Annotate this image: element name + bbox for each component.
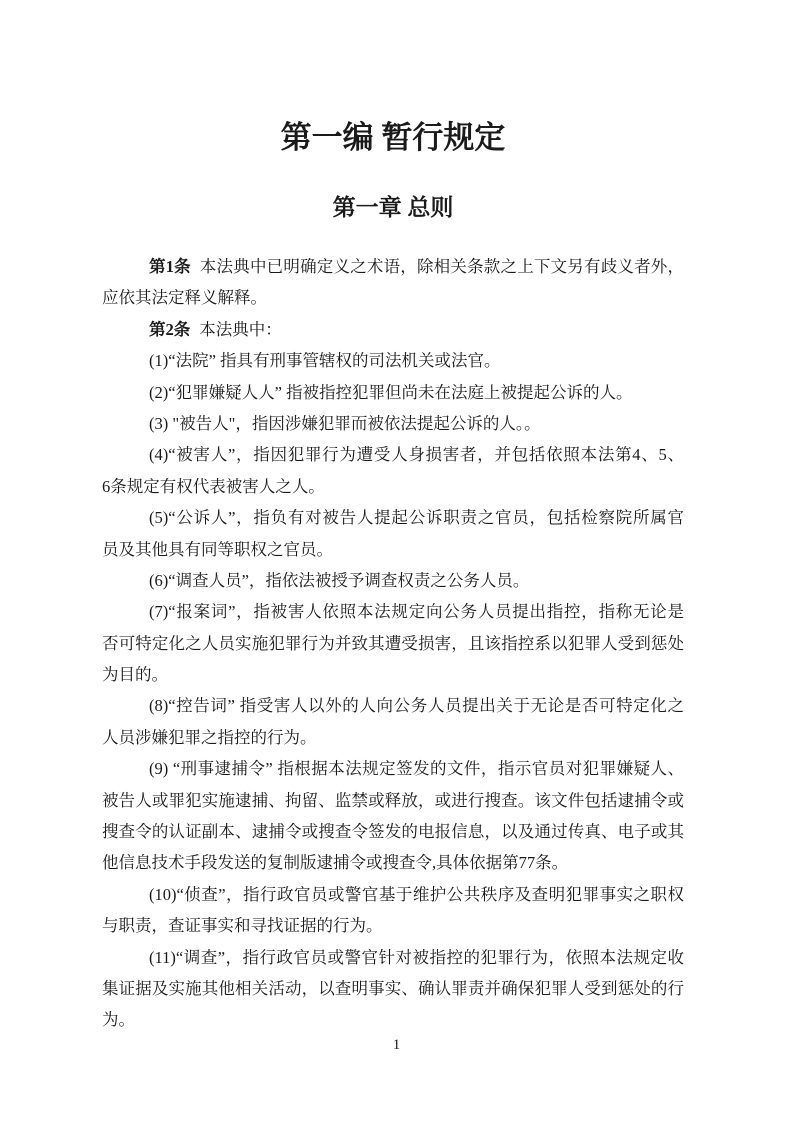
body-text: 第1条本法典中已明确定义之术语，除相关条款之上下文另有歧义者外，应依其法定释义解…	[102, 251, 684, 1036]
line-text: 被告人或罪犯实施逮捕、拘留、监禁或释放，或进行搜查。该文件包括逮捕令或	[102, 791, 684, 810]
text-line: (10)“侦查”，指行政官员或警官基于维护公共秩序及查明犯罪事实之职权	[102, 879, 684, 910]
article-label: 第2条	[149, 320, 190, 339]
document-page: 第一编 暂行规定 第一章 总则 第1条本法典中已明确定义之术语，除相关条款之上下…	[0, 0, 793, 1122]
line-text: 否可特定化之人员实施犯罪行为并致其遭受损害，且该指控系以犯罪人受到惩处	[102, 634, 684, 653]
text-line: 人员涉嫌犯罪之指控的行为。	[102, 722, 684, 753]
text-line: 员及其他具有同等职权之官员。	[102, 534, 684, 565]
line-text: (4)“被害人”，指因犯罪行为遭受人身损害者，并包括依照本法第4、5、	[149, 445, 684, 464]
text-line: 第1条本法典中已明确定义之术语，除相关条款之上下文另有歧义者外，	[102, 251, 684, 282]
text-line: 集证据及实施其他相关活动，以查明事实、确认罪责并确保犯罪人受到惩处的行	[102, 973, 684, 1004]
text-line: (11)“调查”，指行政官员或警官针对被指控的犯罪行为，依照本法规定收	[102, 942, 684, 973]
line-text: 员及其他具有同等职权之官员。	[102, 540, 333, 559]
text-line: 否可特定化之人员实施犯罪行为并致其遭受损害，且该指控系以犯罪人受到惩处	[102, 628, 684, 659]
text-line: 为目的。	[102, 659, 684, 690]
text-line: (2)“犯罪嫌疑人人” 指被指控犯罪但尚未在法庭上被提起公诉的人。	[102, 377, 684, 408]
text-line: (3) "被告人"，指因涉嫌犯罪而被依法提起公诉的人。。	[102, 408, 684, 439]
line-text: 本法典中：	[199, 320, 282, 339]
line-text: 为目的。	[102, 665, 168, 684]
text-line: (1)“法院” 指具有刑事管辖权的司法机关或法官。	[102, 345, 684, 376]
part-title: 第一编 暂行规定	[102, 119, 684, 157]
line-text: 搜查令的认证副本、逮捕令或搜查令签发的电报信息，以及通过传真、电子或其	[102, 822, 684, 841]
line-text: (11)“调查”，指行政官员或警官针对被指控的犯罪行为，依照本法规定收	[149, 948, 684, 967]
text-line: 搜查令的认证副本、逮捕令或搜查令签发的电报信息，以及通过传真、电子或其	[102, 816, 684, 847]
text-line: (9) “刑事逮捕令” 指根据本法规定签发的文件，指示官员对犯罪嫌疑人、	[102, 753, 684, 784]
text-line: (6)“调查人员”，指依法被授予调查权责之公务人员。	[102, 565, 684, 596]
line-text: (10)“侦查”，指行政官员或警官基于维护公共秩序及查明犯罪事实之职权	[149, 885, 684, 904]
line-text: (9) “刑事逮捕令” 指根据本法规定签发的文件，指示官员对犯罪嫌疑人、	[149, 759, 684, 778]
line-text: (6)“调查人员”，指依法被授予调查权责之公务人员。	[149, 571, 529, 590]
text-line: (4)“被害人”，指因犯罪行为遭受人身损害者，并包括依照本法第4、5、	[102, 439, 684, 470]
line-text: 本法典中已明确定义之术语，除相关条款之上下文另有歧义者外，	[200, 257, 684, 276]
line-text: (2)“犯罪嫌疑人人” 指被指控犯罪但尚未在法庭上被提起公诉的人。	[149, 383, 633, 402]
text-line: 应依其法定释义解释。	[102, 282, 684, 313]
line-text: 人员涉嫌犯罪之指控的行为。	[102, 728, 317, 747]
chapter-title: 第一章 总则	[102, 193, 684, 223]
line-text: 他信息技术手段发送的复制版逮捕令或搜查令,具体依据第77条。	[102, 853, 568, 872]
text-line: (8)“控告词” 指受害人以外的人向公务人员提出关于无论是否可特定化之	[102, 690, 684, 721]
text-line: 为。	[102, 1004, 684, 1035]
line-text: 为。	[102, 1010, 135, 1029]
line-text: (5)“公诉人”，指负有对被告人提起公诉职责之官员，包括检察院所属官	[149, 508, 684, 527]
line-text: (3) "被告人"，指因涉嫌犯罪而被依法提起公诉的人。。	[149, 414, 541, 433]
line-text: (7)“报案词”，指被害人依照本法规定向公务人员提出指控，指称无论是	[149, 602, 684, 621]
text-line: (7)“报案词”，指被害人依照本法规定向公务人员提出指控，指称无论是	[102, 596, 684, 627]
page-number: 1	[0, 1035, 793, 1055]
line-text: 与职责，查证事实和寻找证据的行为。	[102, 916, 383, 935]
article-label: 第1条	[149, 257, 191, 276]
line-text: 集证据及实施其他相关活动，以查明事实、确认罪责并确保犯罪人受到惩处的行	[102, 979, 684, 998]
line-text: (1)“法院” 指具有刑事管辖权的司法机关或法官。	[149, 351, 501, 370]
line-text: (8)“控告词” 指受害人以外的人向公务人员提出关于无论是否可特定化之	[149, 696, 684, 715]
text-line: 被告人或罪犯实施逮捕、拘留、监禁或释放，或进行搜查。该文件包括逮捕令或	[102, 785, 684, 816]
text-line: 第2条本法典中：	[102, 314, 684, 345]
line-text: 6条规定有权代表被害人之人。	[102, 477, 325, 496]
line-text: 应依其法定释义解释。	[102, 288, 267, 307]
text-line: 6条规定有权代表被害人之人。	[102, 471, 684, 502]
text-line: (5)“公诉人”，指负有对被告人提起公诉职责之官员，包括检察院所属官	[102, 502, 684, 533]
text-line: 与职责，查证事实和寻找证据的行为。	[102, 910, 684, 941]
text-line: 他信息技术手段发送的复制版逮捕令或搜查令,具体依据第77条。	[102, 847, 684, 878]
